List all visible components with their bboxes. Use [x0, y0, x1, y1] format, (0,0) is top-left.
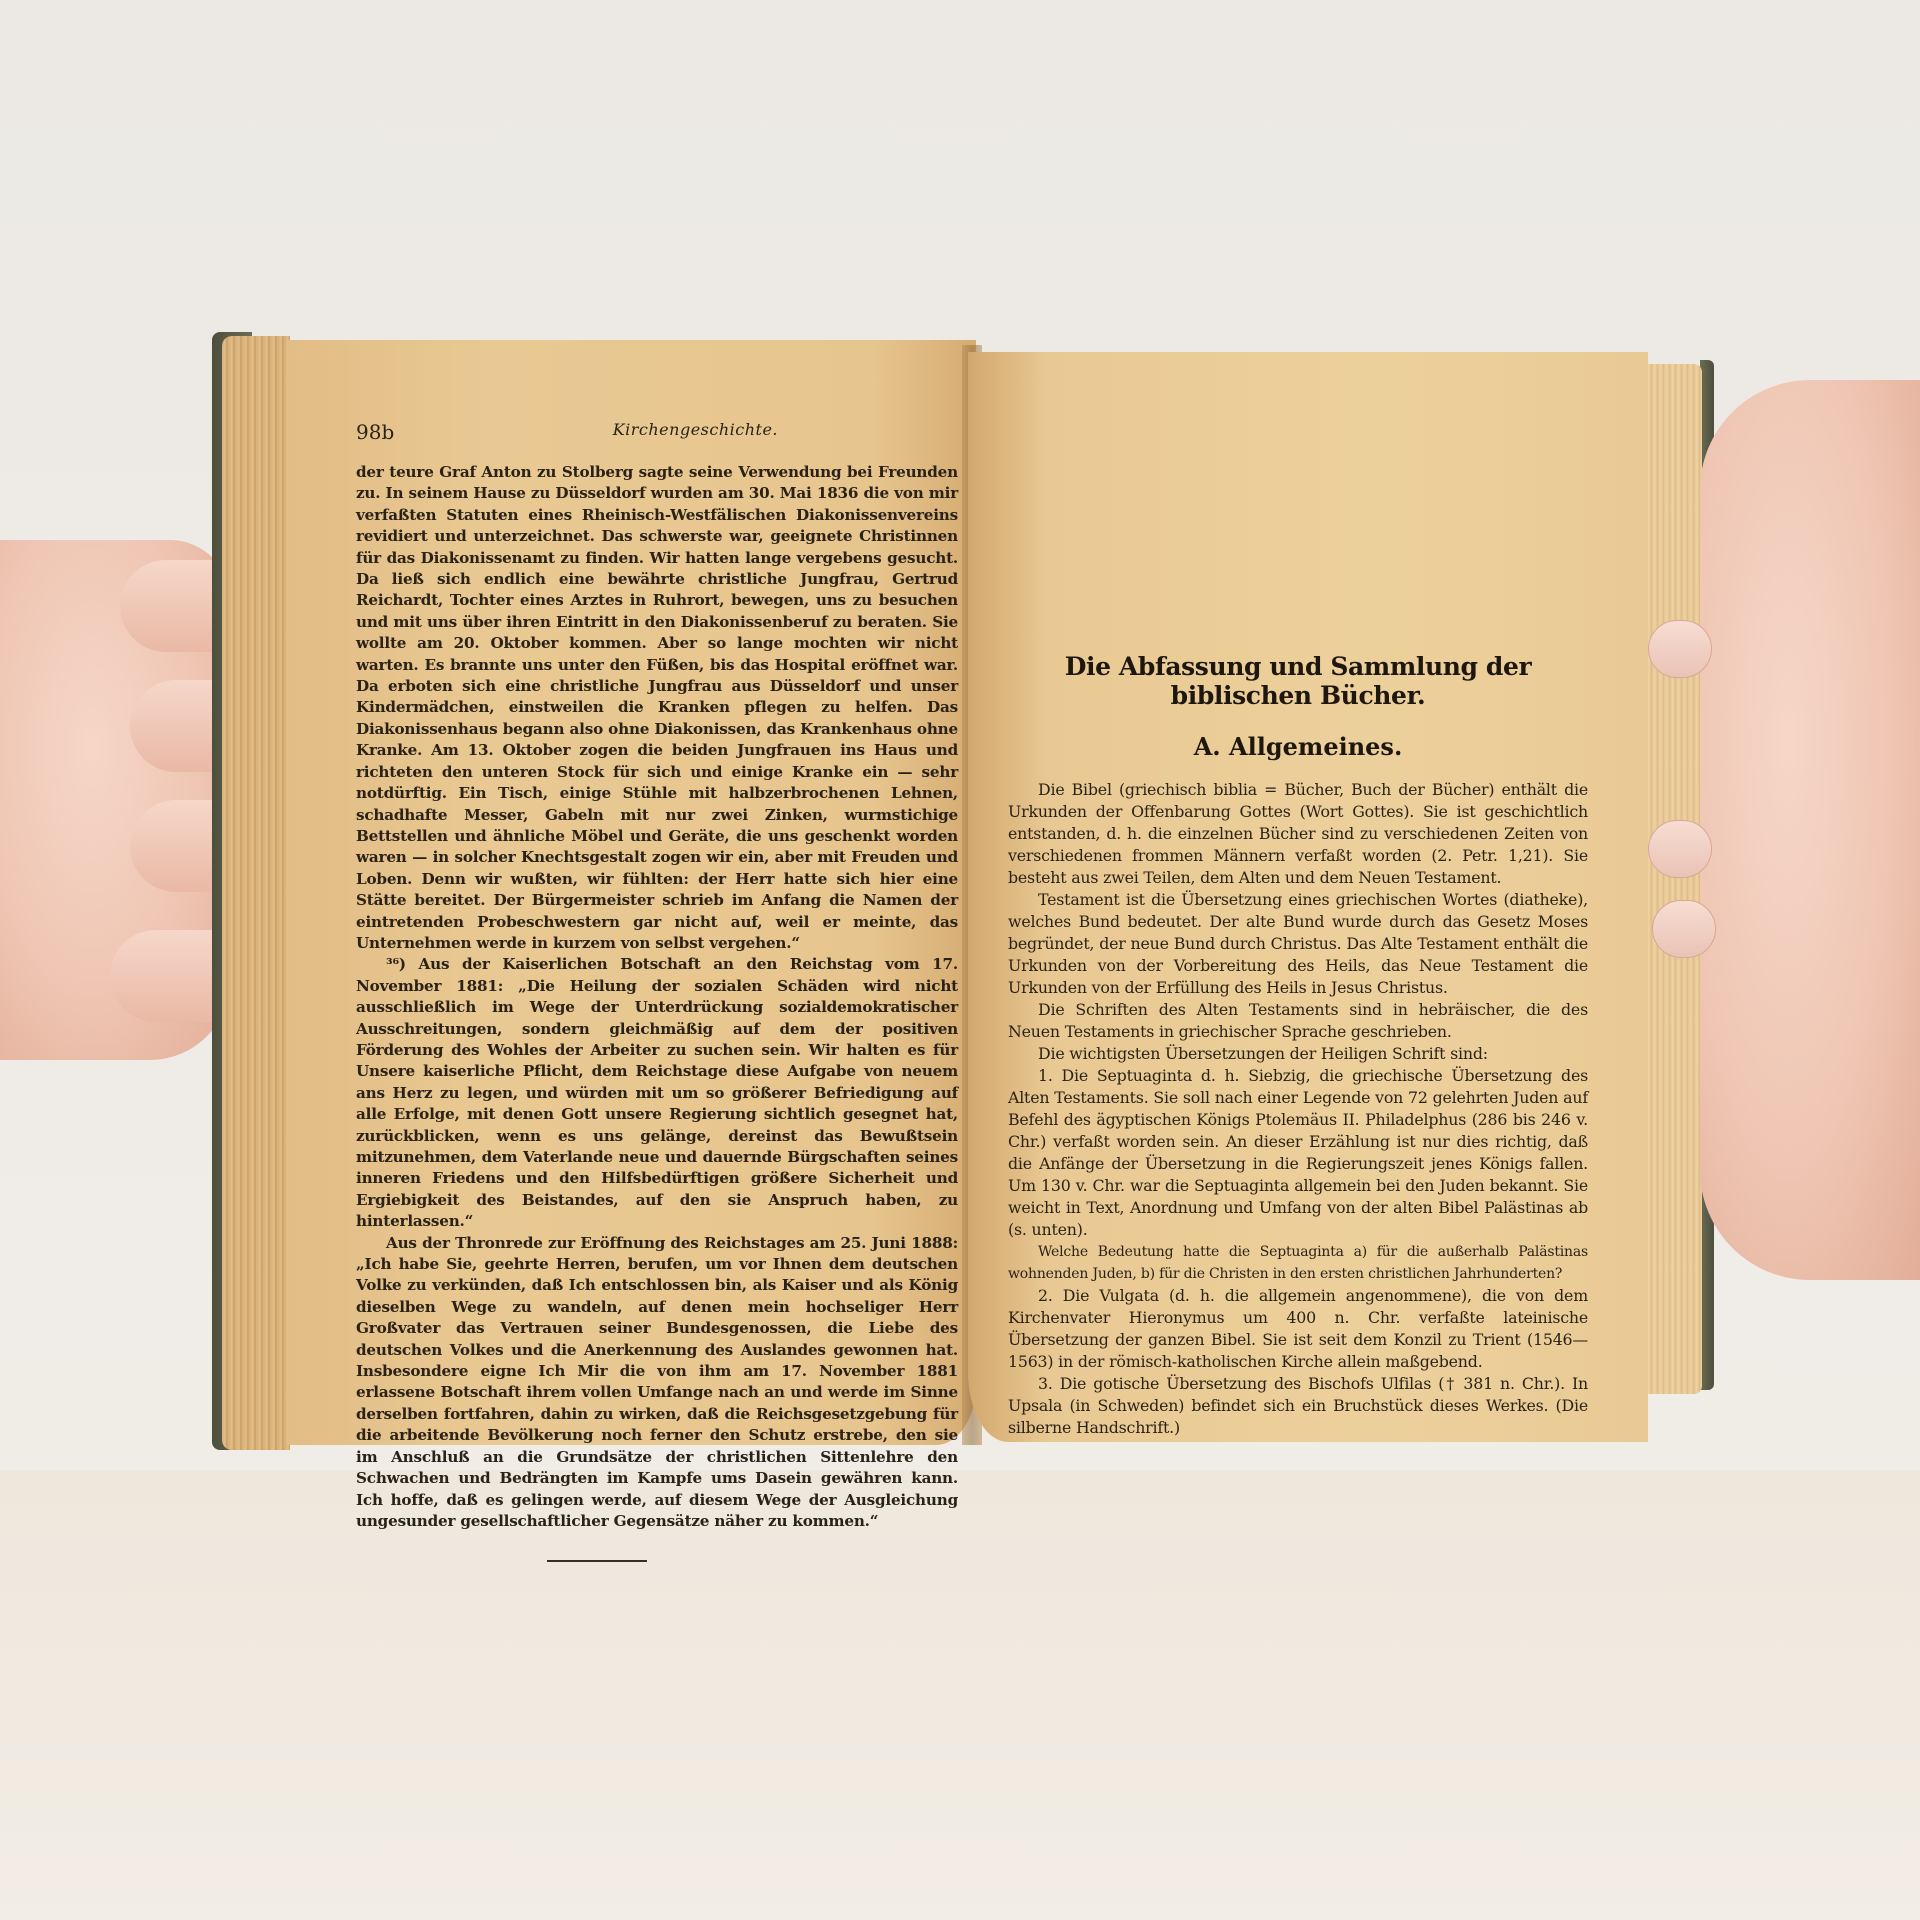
left-page: 98b Kirchengeschichte. der teure Graf An… — [286, 340, 976, 1445]
paragraph: der teure Graf Anton zu Stolberg sagte s… — [356, 462, 958, 954]
paragraph: Die wichtigsten Übersetzungen der Heilig… — [1008, 1043, 1588, 1065]
end-rule — [547, 1560, 647, 1562]
paragraph: Testament ist die Übersetzung eines grie… — [1008, 889, 1588, 999]
right-thumbnail — [1648, 620, 1712, 678]
table-surface — [0, 1470, 1920, 1920]
right-fingernail — [1648, 820, 1712, 878]
right-page: Die Abfassung und Sammlung der biblische… — [968, 352, 1648, 1442]
left-page-body: der teure Graf Anton zu Stolberg sagte s… — [356, 462, 958, 1532]
question-paragraph: Welche Bedeutung hatte die Septuaginta a… — [1008, 1241, 1588, 1285]
running-head: Kirchengeschichte. — [613, 420, 778, 444]
paragraph: Die Schriften des Alten Testaments sind … — [1008, 999, 1588, 1043]
right-page-body: Die Bibel (griechisch biblia = Bücher, B… — [1008, 779, 1588, 1439]
chapter-title: Die Abfassung und Sammlung der biblische… — [1008, 652, 1588, 710]
paragraph: 1. Die Septuaginta d. h. Siebzig, die gr… — [1008, 1065, 1588, 1241]
page-header: 98b Kirchengeschichte. — [356, 420, 958, 444]
footnote-paragraph: ³⁶) Aus der Kaiserlichen Botschaft an de… — [356, 954, 958, 1232]
page-edges-right — [1640, 364, 1702, 1394]
section-title: A. Allgemeines. — [1008, 732, 1588, 761]
page-number: 98b — [356, 420, 394, 444]
paragraph: Die Bibel (griechisch biblia = Bücher, B… — [1008, 779, 1588, 889]
paragraph: 2. Die Vulgata (d. h. die allgemein ange… — [1008, 1285, 1588, 1373]
paragraph: Aus der Thronrede zur Eröffnung des Reic… — [356, 1233, 958, 1533]
paragraph: 3. Die gotische Übersetzung des Bischofs… — [1008, 1373, 1588, 1439]
right-hand — [1700, 380, 1920, 1280]
right-fingernail — [1652, 900, 1716, 958]
page-edges-left — [222, 336, 290, 1450]
